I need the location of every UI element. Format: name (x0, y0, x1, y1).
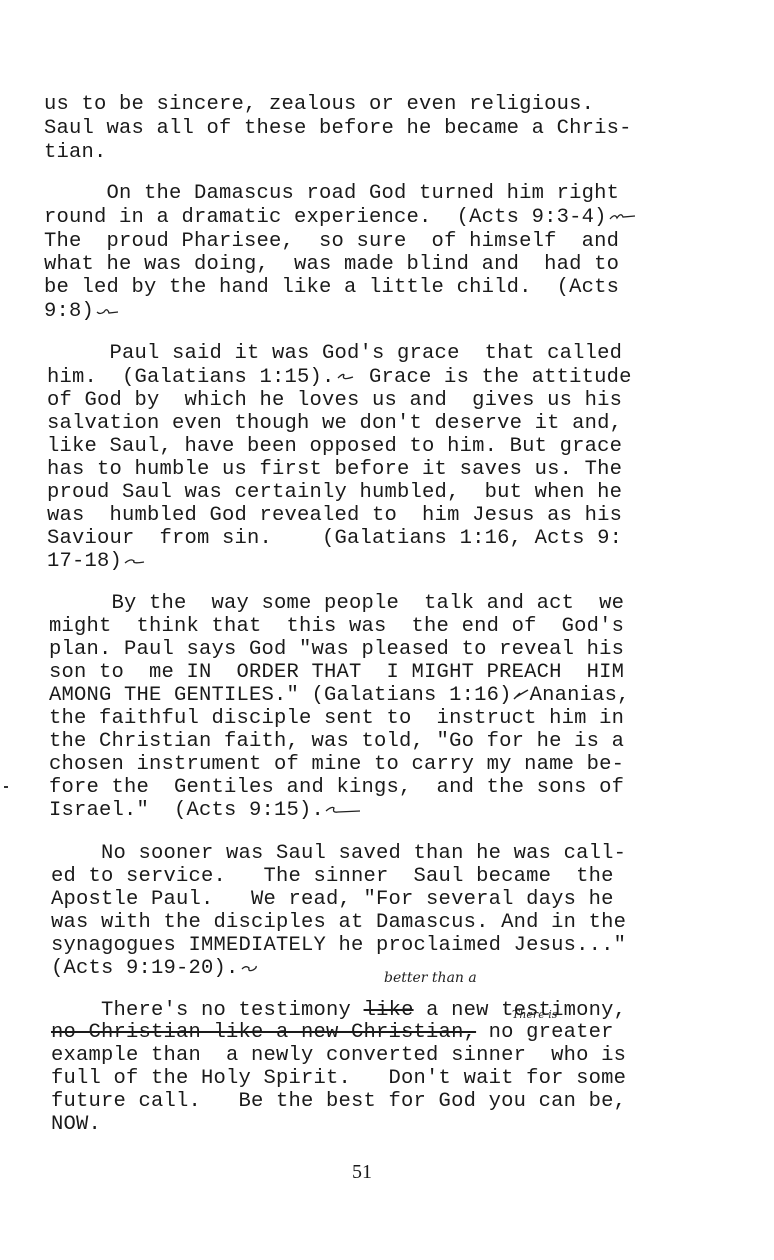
text-line: example than a newly converted sinner wh… (51, 1044, 626, 1068)
text-line: proud Saul was certainly humbled, but wh… (47, 481, 622, 505)
text-line: no Christian like a new Christian, no gr… (51, 1021, 614, 1045)
text-line: NOW. (51, 1113, 101, 1137)
text-line: son to me IN ORDER THAT I MIGHT PREACH H… (49, 661, 624, 685)
text-line: Paul said it was God's grace that called (47, 342, 622, 366)
checkmark-icon (335, 373, 357, 381)
page-number: 51 (352, 1161, 372, 1184)
text-segment: no greater (476, 1021, 614, 1044)
text-line: fore the Gentiles and kings, and the son… (49, 776, 624, 800)
text-line: No sooner was Saul saved than he was cal… (51, 842, 626, 866)
struck-text: no Christian like a new Christian, (51, 1021, 476, 1044)
text-line-content: round in a dramatic experience. (Acts 9:… (44, 206, 607, 229)
text-line-content: AMONG THE GENTILES." (Galatians 1:16) (49, 684, 512, 707)
checkmark-icon (607, 213, 629, 221)
text-line-continuation: Ananias, (530, 684, 630, 707)
text-line: salvation even though we don't deserve i… (47, 412, 622, 436)
text-line-content: him. (Galatians 1:15). (47, 366, 335, 389)
text-line: On the Damascus road God turned him righ… (44, 182, 619, 206)
text-line: By the way some people talk and act we (49, 592, 624, 616)
text-line-content: 9:8) (44, 300, 94, 323)
text-line: tian. (44, 141, 107, 165)
text-line: was humbled God revealed to him Jesus as… (47, 504, 622, 528)
text-line: chosen instrument of mine to carry my na… (49, 753, 624, 777)
struck-text: like (364, 999, 414, 1022)
text-line: the faithful disciple sent to instruct h… (49, 707, 624, 731)
text-line: 9:8) (44, 300, 116, 324)
text-line: plan. Paul says God "was pleased to reve… (49, 638, 624, 662)
text-line: was with the disciples at Damascus. And … (51, 911, 626, 935)
text-line: Israel." (Acts 9:15). (49, 799, 364, 823)
text-line: round in a dramatic experience. (Acts 9:… (44, 206, 629, 230)
handwritten-insert: better than a (384, 970, 477, 986)
text-line: has to humble us first before it saves u… (47, 458, 622, 482)
text-line-content: (Acts 9:19-20). (51, 957, 239, 980)
text-line: Saul was all of these before he became a… (44, 117, 632, 141)
text-line: the Christian faith, was told, "Go for h… (49, 730, 624, 754)
text-line-content: 17-18) (47, 550, 122, 573)
text-segment: a new testimony, (414, 999, 627, 1022)
text-line: The proud Pharisee, so sure of himself a… (44, 230, 619, 254)
text-line-continuation: Grace is the attitude (357, 366, 632, 389)
text-line: him. (Galatians 1:15). Grace is the atti… (47, 366, 632, 390)
text-line: might think that this was the end of God… (49, 615, 624, 639)
checkmark-icon (122, 557, 144, 565)
text-line: 17-18) (47, 550, 144, 574)
text-line: There's no testimony like a new testimon… (51, 999, 626, 1023)
text-line: synagogues IMMEDIATELY he proclaimed Jes… (51, 934, 626, 958)
checkmark-icon (324, 806, 364, 814)
text-line: full of the Holy Spirit. Don't wait for … (51, 1067, 626, 1091)
text-line-content: Israel." (Acts 9:15). (49, 799, 324, 822)
text-line: future call. Be the best for God you can… (51, 1090, 626, 1114)
checkmark-icon (239, 964, 261, 972)
text-segment: There's no testimony (51, 999, 364, 1022)
margin-mark (4, 786, 8, 788)
document-page: us to be sincere, zealous or even religi… (0, 0, 774, 1260)
text-line: what he was doing, was made blind and ha… (44, 253, 619, 277)
text-line: ed to service. The sinner Saul became th… (51, 865, 614, 889)
text-line: AMONG THE GENTILES." (Galatians 1:16)Ana… (49, 684, 630, 708)
text-line: be led by the hand like a little child. … (44, 276, 619, 300)
text-line: (Acts 9:19-20). (51, 957, 261, 981)
text-line: Apostle Paul. We read, "For several days… (51, 888, 614, 912)
text-line: us to be sincere, zealous or even religi… (44, 93, 594, 117)
text-line: like Saul, have been opposed to him. But… (47, 435, 622, 459)
text-line: of God by which he loves us and gives us… (47, 389, 622, 413)
text-line: Saviour from sin. (Galatians 1:16, Acts … (47, 527, 622, 551)
checkmark-icon (94, 307, 116, 315)
checkmark-icon (512, 691, 530, 699)
